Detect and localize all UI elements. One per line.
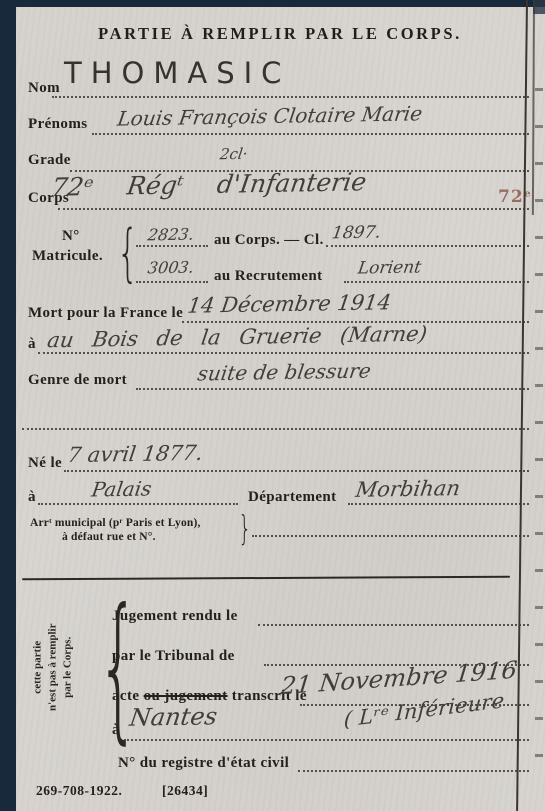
transcrit-lieu-label: à — [112, 722, 120, 739]
ne-lieu-value: Palais — [90, 476, 153, 501]
nom-rule — [52, 96, 529, 98]
genre-mort-value: suite de blessure — [196, 358, 372, 385]
arrondissement-brace: } — [238, 512, 251, 546]
matricule-corps-label: au Corps. — Cl. — [214, 232, 324, 249]
matricule-label-line2: Matricule. — [32, 248, 103, 265]
jugement-rendu-rule — [258, 624, 529, 626]
mort-lieu-rule — [38, 352, 529, 354]
registre-rule — [298, 770, 529, 772]
matricule-rule-1 — [136, 245, 208, 247]
mort-lieu-label: à — [28, 336, 36, 353]
tribunal-label: par le Tribunal de — [112, 648, 235, 665]
card-title: PARTIE À REMPLIR PAR LE CORPS. — [85, 24, 475, 44]
grade-label: Grade — [28, 152, 71, 169]
grade-value: 2cl· — [219, 145, 249, 163]
arrondissement-rule — [252, 535, 529, 537]
matricule-corps-value: 2823. — [147, 225, 196, 245]
jugement-rendu-label: Jugement rendu le — [112, 608, 238, 625]
transcrit-lieu-value: Nantes — [128, 702, 219, 732]
corps-stamp: 72ᵉ — [498, 187, 532, 207]
imprint-number: 269-708-1922. — [36, 783, 122, 799]
transcrit-lieu-rule — [124, 739, 529, 741]
ne-le-label: Né le — [28, 455, 62, 472]
arrondissement-label-line2: à défaut rue et N°. — [62, 531, 156, 543]
prenoms-label: Prénoms — [28, 116, 87, 133]
corps-value: 72ᵉ Régᵗ d'Infanterie — [50, 167, 369, 201]
imprint-bracket-number: [26434] — [162, 783, 208, 799]
ne-le-rule — [64, 470, 529, 472]
matricule-classe-value: 1897. — [331, 223, 383, 244]
matricule-recrutement-place: Lorient — [357, 257, 423, 278]
section-divider-dotted — [22, 428, 529, 430]
mort-le-value: 14 Décembre 1914 — [186, 290, 393, 318]
matricule-brace: { — [117, 222, 139, 284]
registre-label: N° du registre d'état civil — [118, 755, 289, 772]
mort-le-label: Mort pour la France le — [28, 305, 183, 322]
adjacent-column-tick-marks — [535, 88, 543, 788]
nom-label: Nom — [28, 80, 60, 97]
matricule-rule-3 — [136, 281, 208, 283]
arrondissement-label-line1: Arrᵗ municipal (pʳ Paris et Lyon), — [30, 517, 201, 529]
departement-rule — [348, 503, 529, 505]
genre-mort-rule — [136, 388, 529, 390]
corps-rule — [58, 208, 529, 210]
prenoms-rule — [92, 133, 529, 135]
nom-value: THOMASIC — [64, 56, 290, 90]
matricule-rule-2 — [326, 245, 529, 247]
sidenote-not-to-fill: cette partie n'est pas à remplir par le … — [31, 592, 76, 742]
matricule-recrutement-label: au Recrutement — [214, 268, 322, 285]
transcrit-label-prefix: acte — [112, 688, 139, 704]
departement-value: Morbihan — [354, 476, 462, 502]
departement-label: Département — [248, 489, 337, 506]
ne-lieu-rule — [38, 503, 238, 505]
genre-mort-label: Genre de mort — [28, 372, 127, 389]
matricule-recrutement-value: 3003. — [147, 258, 196, 278]
ne-le-value: 7 avril 1877. — [66, 441, 204, 467]
ne-lieu-label: à — [28, 489, 36, 506]
sidenote-line: cette partie — [31, 592, 46, 742]
matricule-rule-4 — [344, 281, 529, 283]
scanned-document: PARTIE À REMPLIR PAR LE CORPS. Nom THOMA… — [0, 0, 545, 811]
sidenote-line: n'est pas à remplir — [46, 592, 61, 742]
sidenote-line: par le Corps. — [60, 592, 75, 742]
matricule-label-line1: N° — [62, 228, 80, 245]
